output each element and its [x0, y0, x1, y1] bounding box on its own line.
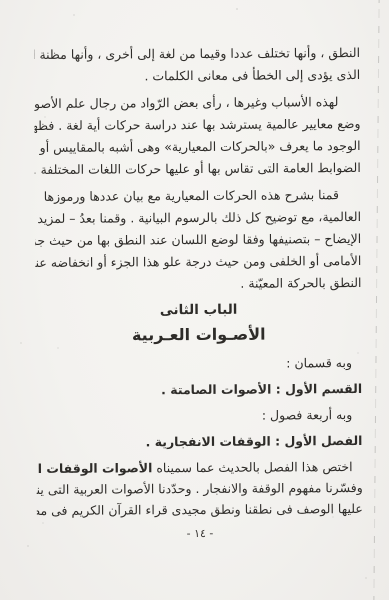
- body-line: الوجود ما يعرف «بالحركات المعيارية» وهى …: [35, 135, 361, 159]
- body-line: وضع معايير عالمية يسترشد بها عند دراسة ح…: [34, 113, 360, 137]
- body-line: الذى يؤدى إلى الخطأ فى معانى الكلمات .: [34, 64, 360, 88]
- scan-noise-specks: [0, 0, 2, 2]
- chapter-outline: وبه قسمان : القسم الأول : الأصوات الصامت…: [36, 352, 363, 454]
- body-line: النطق بالحركة المعيّنة .: [35, 272, 361, 296]
- outline-intro: وبه قسمان :: [36, 352, 362, 376]
- body-line: العالمية، مع توضيح كل ذلك بالرسوم البيان…: [35, 206, 361, 230]
- paragraph-closing: اختص هذا الفصل بالحديث عما سميناه الأصوا…: [37, 456, 363, 521]
- paragraph-continuation: النطق ، وأنها تختلف عددا وقيما من لغة إل…: [34, 42, 360, 88]
- closing-line-bold: الأصوات الوقفات الانفجارية،: [37, 460, 153, 476]
- outline-section-title: القسم الأول : الأصوات الصامتة .: [36, 378, 362, 402]
- chapter-title: الأصـوات العـربية: [36, 322, 362, 348]
- scan-binding-artifact: [373, 0, 379, 600]
- body-line: الإيضاح – بتصنيفها وفقا لوضع اللسان عند …: [35, 228, 361, 252]
- paragraph-explanation: قمنا بشرح هذه الحركات المعيارية مع بيان …: [35, 184, 362, 296]
- closing-line-normal: اختص هذا الفصل بالحديث عما سميناه: [152, 459, 352, 475]
- body-line: عليها الوصف فى نطقنا ونطق مجيدى قراء الق…: [37, 498, 363, 521]
- paragraph-reasons: لهذه الأسباب وغيرها ، رأى بعض الرّواد من…: [34, 91, 361, 181]
- chapter-heading: الباب الثانى: [36, 299, 362, 321]
- body-line: اختص هذا الفصل بالحديث عما سميناه الأصوا…: [37, 456, 363, 479]
- body-line: لهذه الأسباب وغيرها ، رأى بعض الرّواد من…: [34, 91, 360, 115]
- body-line: وفسّرنا مفهوم الوقفة والانفجار . وحدّدنا…: [37, 477, 363, 500]
- body-line: قمنا بشرح هذه الحركات المعيارية مع بيان …: [35, 184, 361, 208]
- page-text-block: النطق ، وأنها تختلف عددا وقيما من لغة إل…: [34, 42, 363, 543]
- outline-chapter-title: الفصل الأول : الوقفات الانفجارية .: [36, 430, 362, 454]
- scanned-page: النطق ، وأنها تختلف عددا وقيما من لغة إل…: [0, 0, 389, 600]
- outline-intro: وبه أربعة فصول :: [36, 404, 362, 428]
- body-line: الضوابط العامة التى تقاس بها أو عليها حر…: [35, 157, 361, 181]
- body-line: الأمامى أو الخلفى ومن حيث درجة علو هذا ا…: [35, 250, 361, 274]
- body-line: النطق ، وأنها تختلف عددا وقيما من لغة إل…: [34, 42, 360, 66]
- page-number: - ١٤ -: [37, 525, 363, 543]
